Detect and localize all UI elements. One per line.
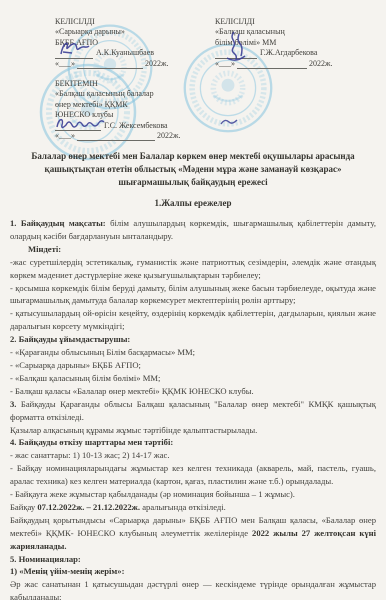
- body-paragraphs: 1. Байқаудың мақсаты: білім алушылардың …: [10, 217, 376, 600]
- document-title: Балалар өнер мектебі мен Балалар көркем …: [0, 150, 386, 189]
- paragraph-bold-segment: 07.12.2022ж. – 21.12.2022ж.: [37, 502, 140, 512]
- section-heading: 1.Жалпы ережелер: [0, 198, 386, 208]
- date-line: «___» 2022ж.: [55, 131, 227, 141]
- paragraph-segment: - Байқауға жеке жұмыстар қабылданады (әр…: [10, 489, 295, 499]
- document-title-line: Балалар өнер мектебі мен Балалар көркем …: [0, 150, 386, 163]
- date-year: 2022ж.: [157, 131, 181, 141]
- date-quote: «___»: [55, 59, 75, 69]
- org-line: ЮНЕСКО клубы: [55, 110, 227, 120]
- paragraph-segment: Қазылар алқасының құрамы жұмыс тәртібінд…: [10, 425, 257, 435]
- paragraph-segment: Байқауды Қарағанды облысы Балқаш қаласын…: [10, 399, 376, 422]
- paragraph: 5. Номинациялар:: [10, 553, 376, 566]
- paragraph-segment: - «Балқаш қаласының білім бөлімі» ММ;: [10, 373, 160, 383]
- paragraph-segment: Байқау: [10, 502, 37, 512]
- paragraph: Міндеті:: [10, 243, 376, 256]
- paragraph: - қатысушылардың ой-өрісін кеңейту, өзде…: [10, 307, 376, 333]
- date-line: «___» 2022ж.: [215, 59, 373, 69]
- paragraph: - «Балқаш қаласының білім бөлімі» ММ;: [10, 372, 376, 385]
- org-line: «Сарыарқа дарыны»: [55, 27, 207, 37]
- signature-underline: [55, 122, 101, 131]
- paragraph: Байқау 07.12.2022ж. – 21.12.2022ж. аралы…: [10, 501, 376, 514]
- paragraph: - жас санаттары: 1) 10-13 жас; 2) 14-17 …: [10, 449, 376, 462]
- signer-name: Г.Ж.Агдарбекова: [260, 48, 317, 58]
- paragraph: 1) «Менің үйім-менің жерім»:: [10, 565, 376, 578]
- date-quote: «___»: [215, 59, 235, 69]
- paragraph-bold-segment: 1) «Менің үйім-менің жерім»:: [10, 566, 124, 576]
- document-title-line: шығармашылық байқаудың ережесі: [0, 176, 386, 189]
- paragraph: - қосымша көркемдік білім беруді дамыту,…: [10, 282, 376, 308]
- scanned-document-page: КЕЛІСІЛДІ «Сарыарқа дарыны» БҚББ АҒПО А.…: [0, 0, 386, 600]
- approval-block-right: КЕЛІСІЛДІ «Балқаш қаласының білім бөлімі…: [215, 17, 373, 69]
- document-title-line: қашықтықтан өтетін облыстық «Мәдени мұра…: [0, 163, 386, 176]
- org-line: «Балқаш қаласының балалар: [55, 89, 227, 99]
- paragraph-segment: - «Қарағанды облысының Білім басқармасы»…: [10, 347, 195, 357]
- approval-label: БЕКІТЕМІН: [55, 79, 227, 89]
- paragraph-segment: Әр жас санатынан 1 қатысушыдан дәстүрлі …: [10, 579, 376, 600]
- signature-line: Г.Ж.Агдарбекова: [215, 48, 373, 58]
- date-underline: [237, 60, 307, 69]
- signature-line: А.К.Куанышбаев: [55, 48, 207, 58]
- approval-label: КЕЛІСІЛДІ: [215, 17, 373, 27]
- paragraph-bold-segment: Міндеті:: [28, 244, 61, 254]
- date-year: 2022ж.: [309, 59, 333, 69]
- paragraph: Әр жас санатынан 1 қатысушыдан дәстүрлі …: [10, 578, 376, 600]
- paragraph-segment: - Балқаш қаласы «Балалар өнер мектебі» Қ…: [10, 386, 254, 396]
- paragraph-segment: - «Сарыарқа дарыны» БҚББ АҒПО;: [10, 360, 141, 370]
- signature-underline: [55, 50, 93, 59]
- date-quote: «___»: [55, 131, 75, 141]
- paragraph: 4. Байқауды өткізу шарттары мен тәртібі:: [10, 436, 376, 449]
- paragraph: - «Қарағанды облысының Білім басқармасы»…: [10, 346, 376, 359]
- paragraph: Қазылар алқасының құрамы жұмыс тәртібінд…: [10, 424, 376, 437]
- signature-line: Г.С. Жексембекова: [55, 121, 227, 131]
- paragraph-segment: - Байқау номинацияларындағы жұмыстар кез…: [10, 463, 376, 486]
- approval-block-approve: БЕКІТЕМІН «Балқаш қаласының балалар өнер…: [55, 79, 227, 141]
- org-line: «Балқаш қаласының: [215, 27, 373, 37]
- approval-label: КЕЛІСІЛДІ: [55, 17, 207, 27]
- org-line: БҚББ АҒПО: [55, 38, 207, 48]
- paragraph-bold-segment: 1. Байқаудың мақсаты:: [10, 218, 106, 228]
- paragraph-segment: - жас санаттары: 1) 10-13 жас; 2) 14-17 …: [10, 450, 170, 460]
- org-line: білім бөлімі» ММ: [215, 38, 373, 48]
- signer-name: А.К.Куанышбаев: [96, 48, 154, 58]
- approval-block-left: КЕЛІСІЛДІ «Сарыарқа дарыны» БҚББ АҒПО А.…: [55, 17, 207, 69]
- paragraph: - Балқаш қаласы «Балалар өнер мектебі» Қ…: [10, 385, 376, 398]
- date-year: 2022ж.: [145, 59, 169, 69]
- paragraph-bold-segment: 2. Байқауды ұйымдастырушы:: [10, 334, 130, 344]
- paragraph-segment: -жас суретшілердің эстетикалық, гуманист…: [10, 257, 376, 280]
- paragraph: - Байқау номинацияларындағы жұмыстар кез…: [10, 462, 376, 488]
- paragraph: 2. Байқауды ұйымдастырушы:: [10, 333, 376, 346]
- paragraph: -жас суретшілердің эстетикалық, гуманист…: [10, 256, 376, 282]
- paragraph: - Байқауға жеке жұмыстар қабылданады (әр…: [10, 488, 376, 501]
- paragraph-segment: аралығында өткізіледі.: [140, 502, 226, 512]
- paragraph: Байқаудың қорытындысы «Сарыарқа дарыны» …: [10, 514, 376, 553]
- org-line: өнер мектебі» ҚҚМК: [55, 100, 227, 110]
- date-underline: [77, 60, 143, 69]
- signer-name: Г.С. Жексембекова: [104, 121, 168, 131]
- date-line: «___» 2022ж.: [55, 59, 207, 69]
- paragraph-bold-segment: 5. Номинациялар:: [10, 554, 81, 564]
- date-underline: [77, 132, 155, 141]
- paragraph: 1. Байқаудың мақсаты: білім алушылардың …: [10, 217, 376, 243]
- paragraph-segment: - қосымша көркемдік білім беруді дамыту,…: [10, 283, 376, 306]
- paragraph-segment: - қатысушылардың ой-өрісін кеңейту, өзде…: [10, 308, 376, 331]
- paragraph: - «Сарыарқа дарыны» БҚББ АҒПО;: [10, 359, 376, 372]
- signature-underline: [215, 50, 257, 59]
- paragraph-bold-segment: 4. Байқауды өткізу шарттары мен тәртібі:: [10, 437, 173, 447]
- paragraph: 3. Байқауды Қарағанды облысы Балқаш қала…: [10, 398, 376, 424]
